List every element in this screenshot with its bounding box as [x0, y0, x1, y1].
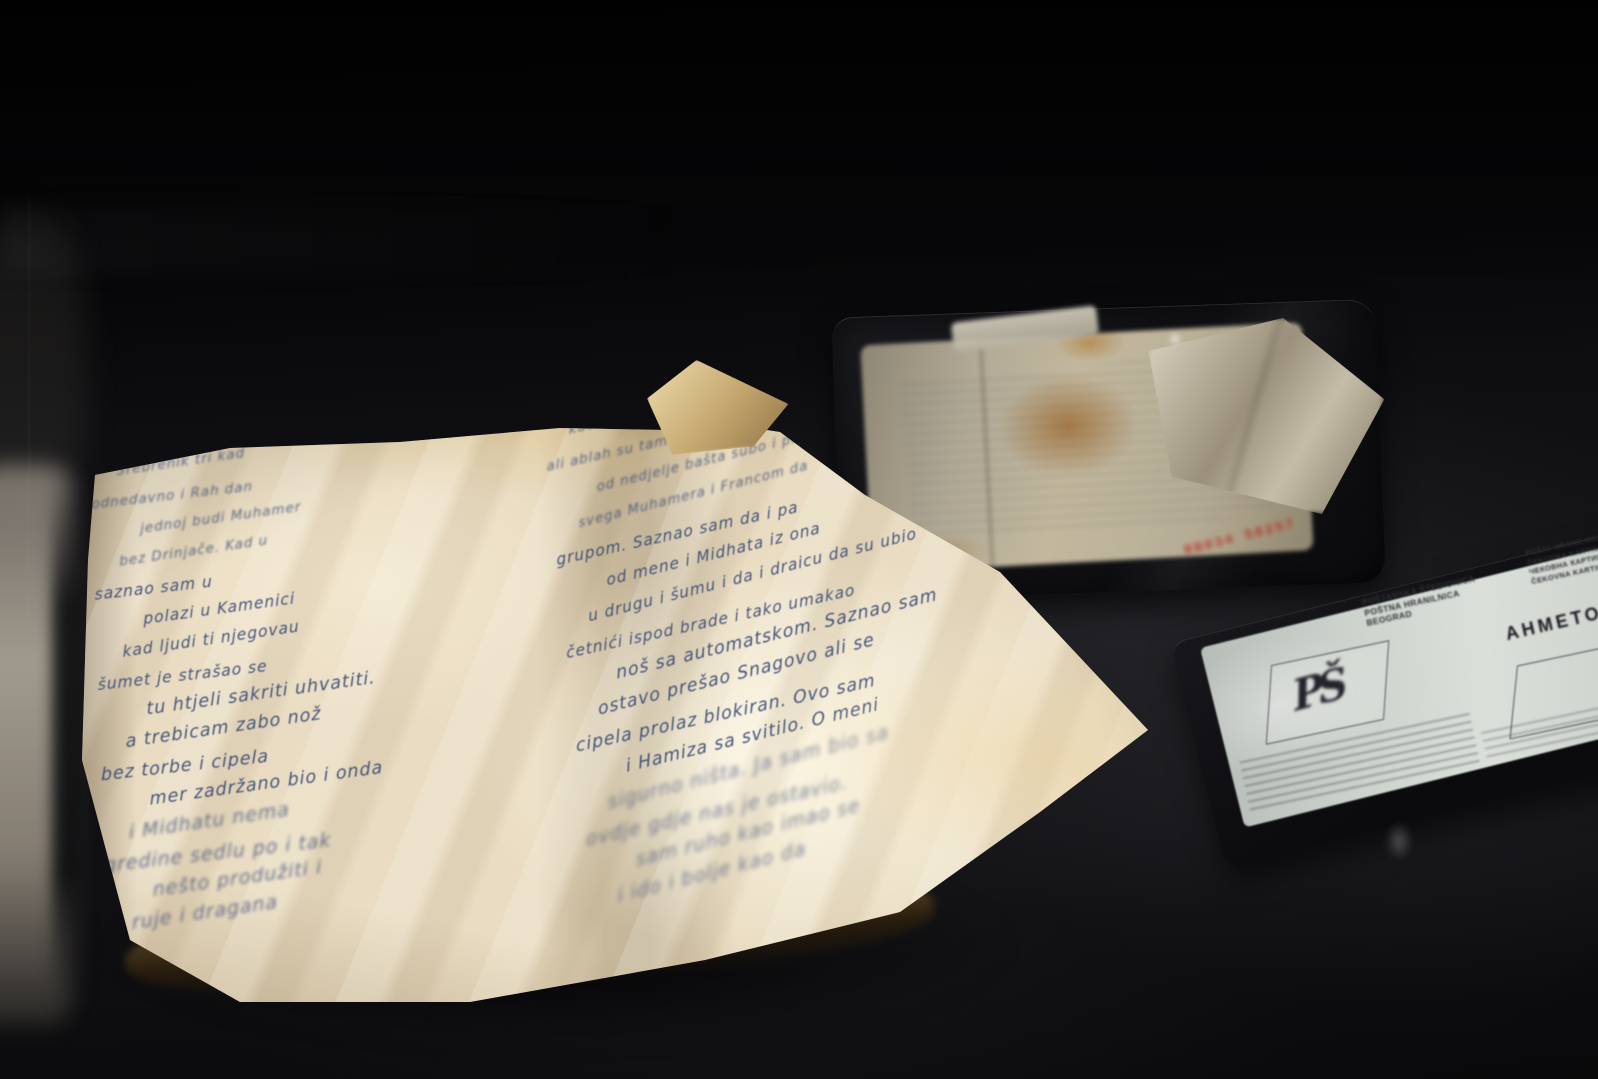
- glass-reflection: [0, 205, 690, 275]
- blurred-page-left-shadow: [52, 470, 86, 1010]
- handwriting-line: a trebicam zabo nož: [125, 664, 563, 757]
- document-serial-number: RB034 58257: [1182, 516, 1297, 559]
- handwriting-line: gredine sedlu po i tak: [104, 799, 567, 881]
- handwriting-line: i Hamiza sa svitilo. O meni: [624, 616, 1180, 783]
- handwriting-line: polazi u Kamenici: [143, 547, 559, 634]
- handwriting-line: nešto produžiti i: [152, 818, 568, 905]
- card-type-block: POŠTA HRANILNICA ČEKOVNA KARTICA BR. ЧЕК…: [1524, 529, 1598, 586]
- diary-left-page: Srebrenik tri kad odnedavno i Rah dan je…: [86, 403, 569, 942]
- handwriting-line: odnedavno i Rah dan: [91, 438, 554, 520]
- handwriting-line: i Midhatu nema: [128, 755, 566, 848]
- handwriting-line: kad ljudi ti njegovau: [122, 574, 560, 667]
- handwriting-line: sam ruho kao imao se: [634, 710, 1190, 877]
- handwriting-line: šumet je strašao se: [97, 618, 560, 700]
- handwriting-line: saznao sam u: [94, 528, 557, 610]
- handwriting-line: bez Drinjače. Kad u: [119, 484, 557, 577]
- highlight-speck: [1168, 332, 1182, 346]
- bank-logo-box: PŠ: [1266, 640, 1389, 745]
- handwriting-line: bez torbe i cipela: [101, 709, 564, 791]
- highlight-speck: [1386, 822, 1412, 860]
- handwriting-line: ovdje gdje nas je ostavio.: [584, 693, 1188, 856]
- bank-logo: PŠ: [1292, 658, 1341, 722]
- handwriting-line: mer zadržano bio i onda: [149, 728, 565, 815]
- handwriting-line: cipela prolaz blokiran. Ovo sam: [575, 600, 1179, 763]
- handwriting-line: Srebrenik tri kad: [115, 394, 553, 487]
- handwriting-line: tu htjeli sakriti uhvatiti.: [146, 638, 562, 725]
- handwriting-line: jednoj budi Muhamer: [140, 457, 556, 544]
- handwriting-line: i ido i bolje kao da: [616, 736, 1193, 912]
- handwriting-line: ruje i dragana: [131, 845, 569, 938]
- handwriting-line: sigurno ništa. Ja sam bio sa: [606, 643, 1183, 819]
- cardholder-name: AHMETOVIĆ: [1504, 593, 1598, 645]
- museum-display-photo: RB034 58257 Srebrenik tri kad odnedavno …: [0, 0, 1598, 1079]
